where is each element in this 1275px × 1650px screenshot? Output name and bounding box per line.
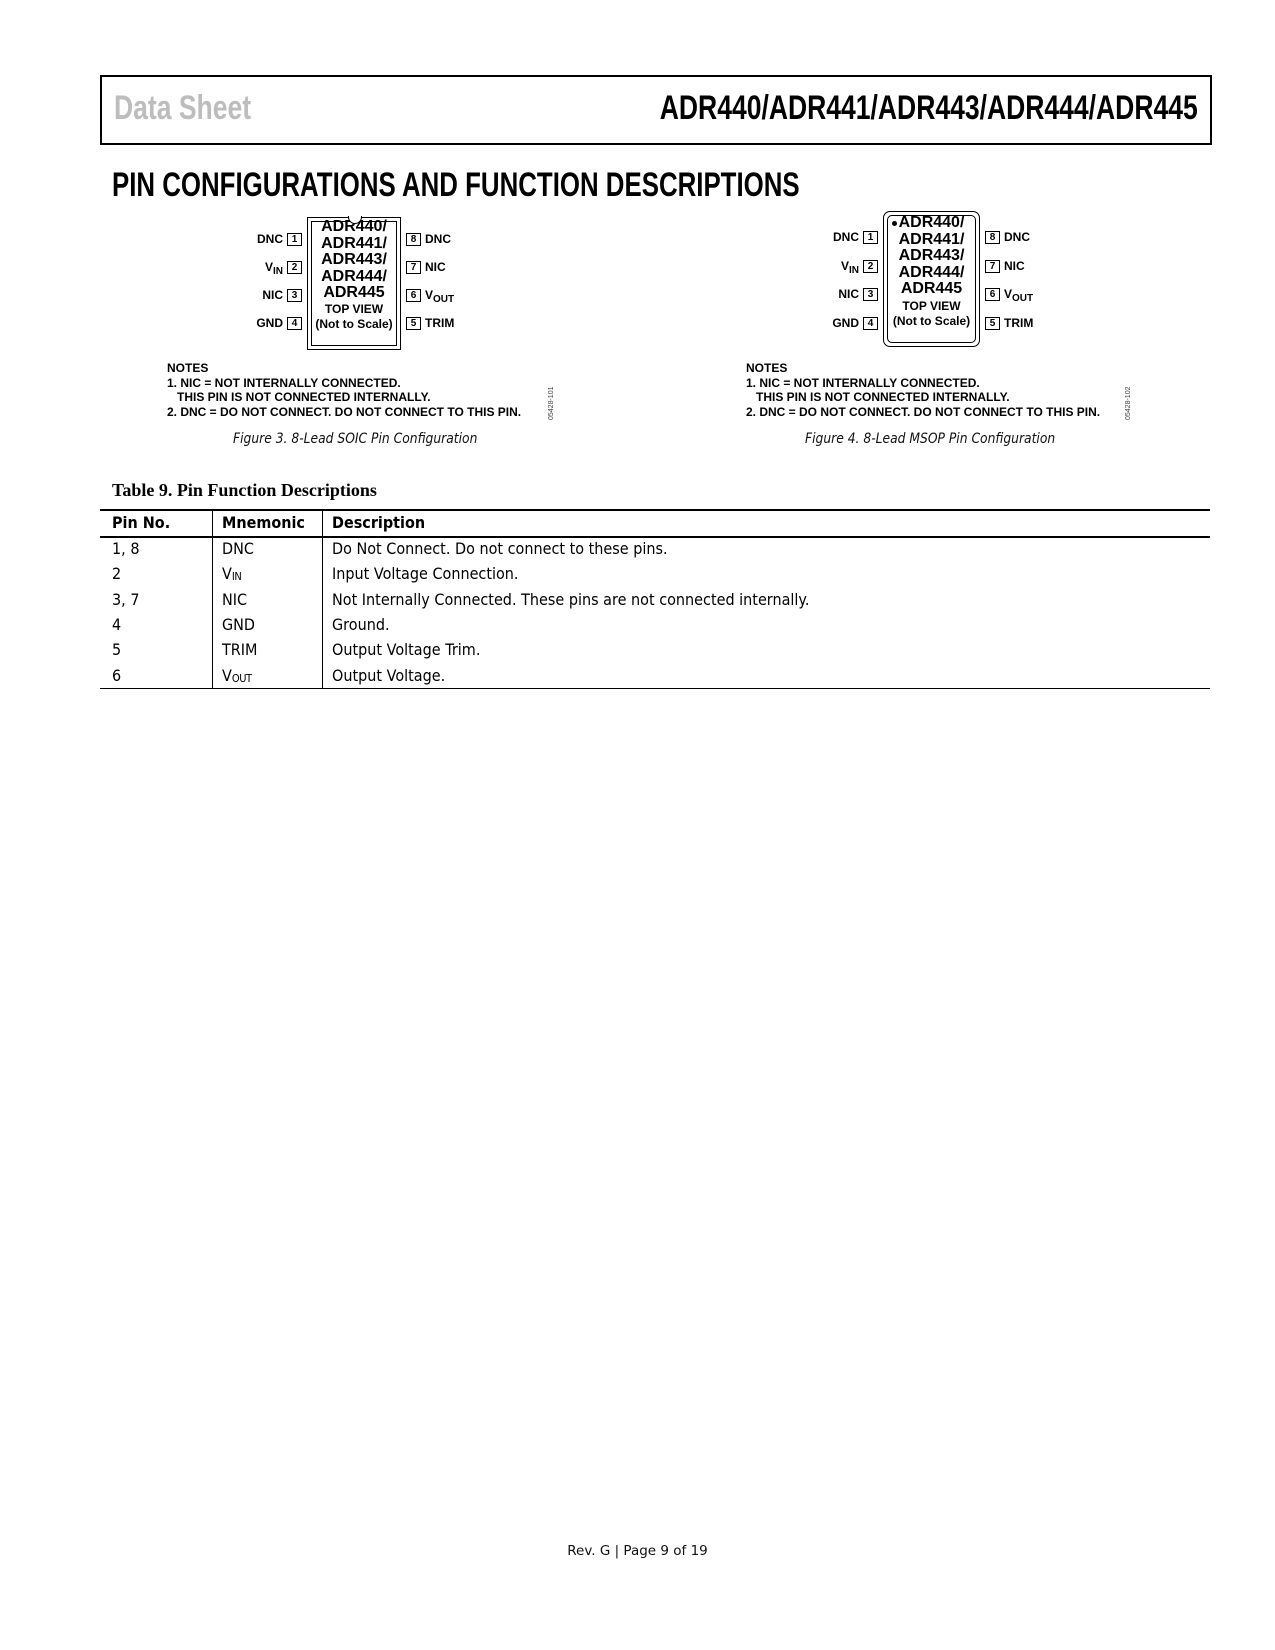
pin-label-nic: NIC [223,289,283,302]
mnemonic-cell: TRIM [222,638,257,662]
not-to-scale-label: (Not to Scale) [884,314,979,328]
pin-number: 6 [406,289,421,302]
page-footer: Rev. G | Page 9 of 19 [0,1543,1275,1559]
pin-number-cell: 4 [112,613,121,637]
pin-label-nic: NIC [1004,260,1025,273]
table-column-divider [322,509,323,688]
pin-number-cell: 5 [112,638,121,662]
pin-label-dnc: DNC [223,233,283,246]
pin-number: 7 [406,261,421,274]
pin-number: 4 [863,317,878,330]
part-number-line: ADR444/ [308,269,400,286]
figure-id: 05428-102 [1125,387,1132,420]
part-number-line: ADR441/ [308,236,400,253]
part-number-line: ADR443/ [884,248,979,265]
pin-label-dnc: DNC [425,233,451,246]
pin-number: 4 [287,317,302,330]
pin-number-cell: 1, 8 [112,537,139,561]
pin-number-cell: 3, 7 [112,588,139,612]
pin-label-vin: VIN [799,260,859,277]
pin-label-gnd: GND [799,317,859,330]
mnemonic-cell: VIN [222,562,241,589]
pin-label-gnd: GND [223,317,283,330]
description-cell: Output Voltage Trim. [332,638,480,662]
pin-label-vout: VOUT [1004,288,1033,305]
pin-label-nic: NIC [799,288,859,301]
page-header: Data Sheet ADR440/ADR441/ADR443/ADR444/A… [100,75,1212,145]
table-header-cell: Pin No. [112,511,170,535]
part-number-line: ADR445 [884,281,979,298]
ic-package-body: ADR440/ADR441/ADR443/ADR444/ADR445TOP VI… [883,211,980,347]
table-header-cell: Description [332,511,425,535]
description-cell: Ground. [332,613,390,637]
part-number-line: ADR445 [308,285,400,302]
pin-number: 8 [406,233,421,246]
section-title: PIN CONFIGURATIONS AND FUNCTION DESCRIPT… [112,166,800,205]
pin-number: 2 [863,260,878,273]
top-view-label: TOP VIEW [884,299,979,313]
mnemonic-cell: VOUT [222,664,252,691]
part-numbers-title: ADR440/ADR441/ADR443/ADR444/ADR445 [660,89,1198,128]
not-to-scale-label: (Not to Scale) [308,317,400,331]
pin-label-nic: NIC [425,261,446,274]
ic-package-body: ADR440/ADR441/ADR443/ADR444/ADR445TOP VI… [307,217,401,350]
figure-notes: NOTES 1. NIC = NOT INTERNALLY CONNECTED.… [167,361,521,419]
table-rule [100,688,1210,690]
table-header-cell: Mnemonic [222,511,305,535]
doc-type-label: Data Sheet [114,89,251,128]
pin-number: 5 [985,317,1000,330]
mnemonic-cell: NIC [222,588,247,612]
description-cell: Input Voltage Connection. [332,562,519,586]
pin-number: 3 [287,289,302,302]
description-cell: Output Voltage. [332,664,445,688]
pin-number-cell: 2 [112,562,121,586]
figure-caption: Figure 4. 8-Lead MSOP Pin Configuration [805,431,1055,447]
pin-label-trim: TRIM [425,317,454,330]
pin-label-vout: VOUT [425,289,454,306]
figure-notes: NOTES 1. NIC = NOT INTERNALLY CONNECTED.… [746,361,1100,419]
part-number-line: ADR441/ [884,232,979,249]
pin-number: 6 [985,288,1000,301]
pin-label-dnc: DNC [799,231,859,244]
pin-number-cell: 6 [112,664,121,688]
pin-label-trim: TRIM [1004,317,1033,330]
figure-caption: Figure 3. 8-Lead SOIC Pin Configuration [233,431,477,447]
description-cell: Not Internally Connected. These pins are… [332,588,809,612]
pin-number: 3 [863,288,878,301]
pin-number: 8 [985,231,1000,244]
pin-label-dnc: DNC [1004,231,1030,244]
pin-number: 5 [406,317,421,330]
pin-label-vin: VIN [223,261,283,278]
top-view-label: TOP VIEW [308,302,400,316]
part-number-line: ADR440/ [884,215,979,232]
table-title: Table 9. Pin Function Descriptions [112,480,377,501]
figure-id: 05428-101 [548,387,555,420]
part-number-line: ADR444/ [884,265,979,282]
mnemonic-cell: DNC [222,537,254,561]
table-column-divider [212,509,213,688]
pin-number: 7 [985,260,1000,273]
pin-number: 2 [287,261,302,274]
part-number-line: ADR443/ [308,252,400,269]
mnemonic-cell: GND [222,613,255,637]
pin-number: 1 [863,231,878,244]
pin-number: 1 [287,233,302,246]
description-cell: Do Not Connect. Do not connect to these … [332,537,668,561]
